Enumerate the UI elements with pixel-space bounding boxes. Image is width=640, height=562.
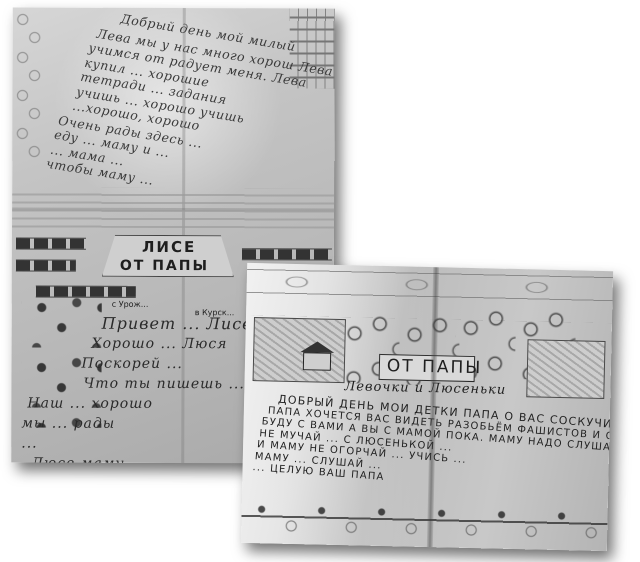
plaque-recipient: ЛИСЕ (142, 238, 196, 256)
handwriting-top: Добрый день мой милый Лева мы у нас мног… (40, 12, 321, 172)
letter-front: ОТ ПАПЫ Левочки и Люсеньки Добрый день м… (241, 263, 613, 551)
ruled-band (12, 187, 334, 228)
flower-border-decoration (12, 7, 43, 157)
brick-decoration (242, 248, 332, 260)
house-drawing (303, 352, 331, 371)
small-label: с Урож... (112, 300, 149, 309)
brick-decoration (16, 237, 86, 249)
brick-decoration (16, 259, 76, 271)
train-picture (526, 339, 605, 399)
plaque-sender: ОТ ПАПЫ (120, 258, 209, 274)
